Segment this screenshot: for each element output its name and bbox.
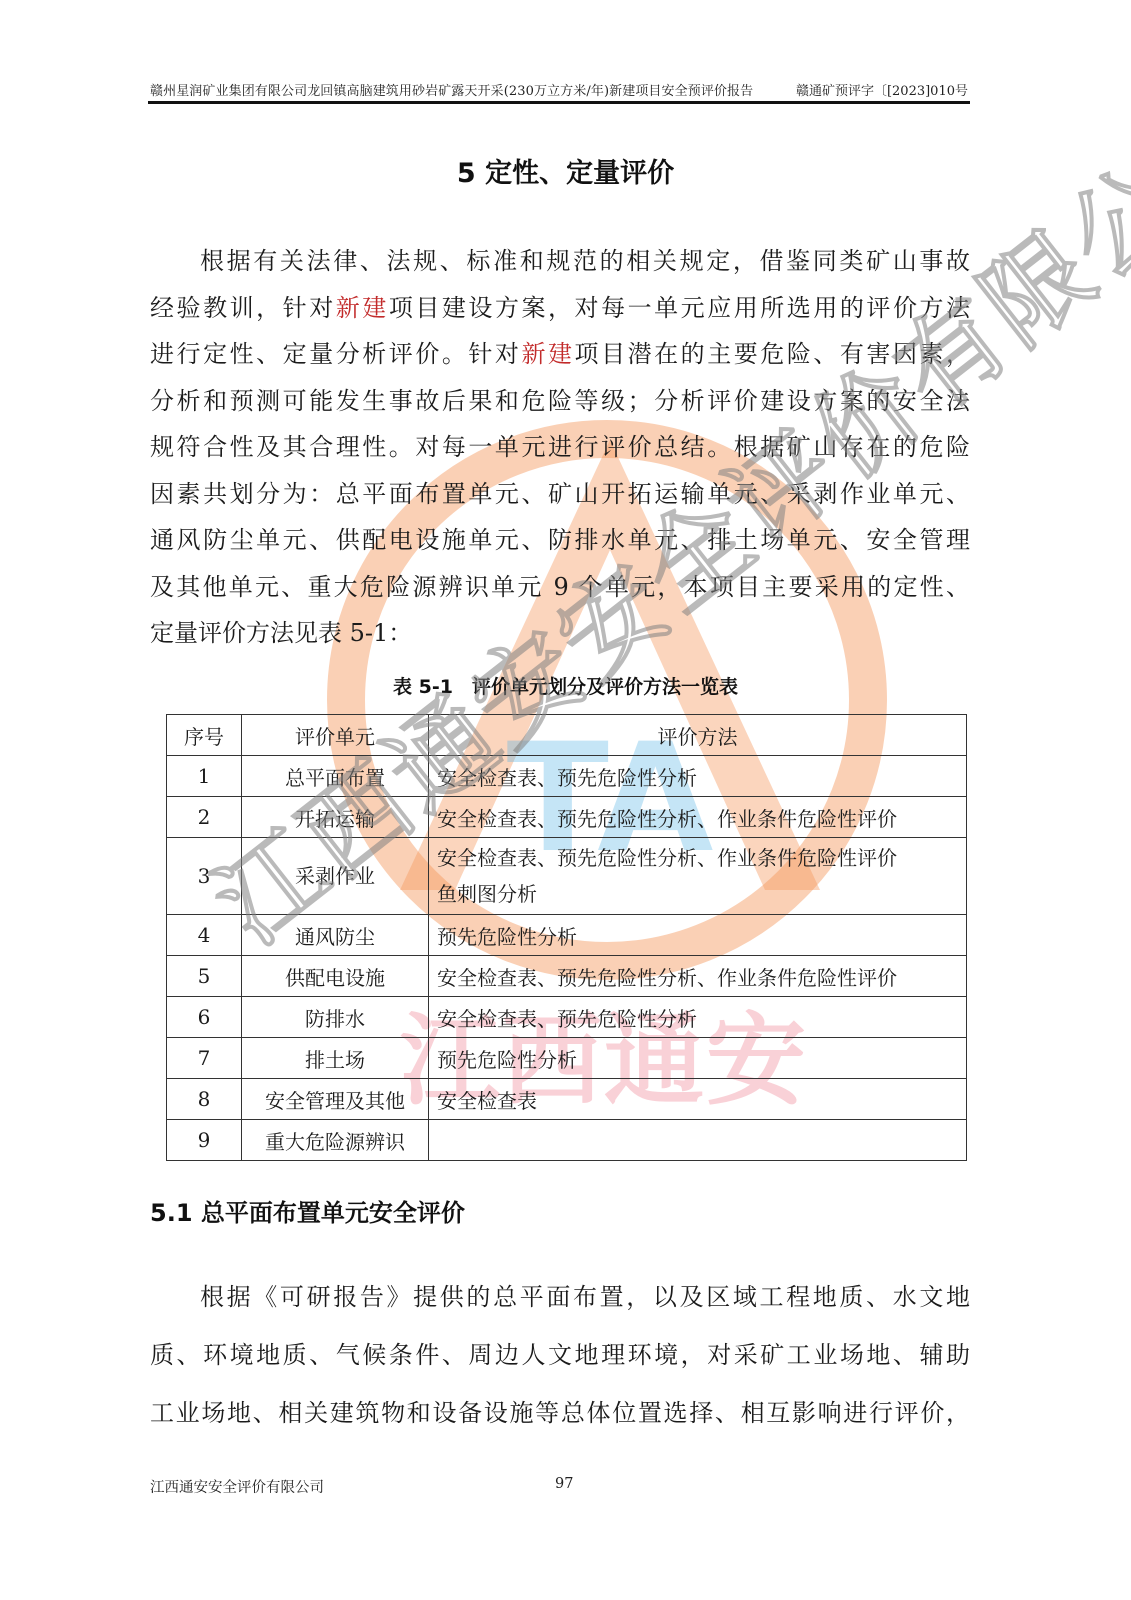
para-line: 质、环境地质、气候条件、周边人文地理环境，对采矿工业场地、辅助 [150, 1326, 970, 1384]
cell-unit: 安全管理及其他 [242, 1079, 429, 1120]
cell-method: 预先危险性分析 [429, 915, 967, 956]
table-row: 6 防排水 安全检查表、预先危险性分析 [167, 997, 967, 1038]
cell-no: 8 [167, 1079, 242, 1120]
table-row: 4 通风防尘 预先危险性分析 [167, 915, 967, 956]
para-line: 进行定性、定量分析评价。针对新建项目潜在的主要危险、有害因素， [150, 331, 970, 378]
evaluation-units-table: 序号 评价单元 评价方法 1 总平面布置 安全检查表、预先危险性分析 2 开拓运… [166, 714, 967, 1161]
cell-unit: 开拓运输 [242, 797, 429, 838]
cell-no: 9 [167, 1120, 242, 1161]
table-row: 7 排土场 预先危险性分析 [167, 1038, 967, 1079]
header-report-title: 赣州星润矿业集团有限公司龙回镇高脑建筑用砂岩矿露天开采(230万立方米/年)新建… [150, 80, 753, 99]
cell-no: 2 [167, 797, 242, 838]
header-rule [148, 101, 970, 104]
cell-method: 安全检查表、预先危险性分析、作业条件危险性评价 鱼刺图分析 [429, 838, 967, 915]
cell-no: 1 [167, 756, 242, 797]
page-number: 97 [555, 1476, 573, 1492]
method-line: 鱼刺图分析 [437, 876, 958, 912]
section-paragraph: 根据《可研报告》提供的总平面布置，以及区域工程地质、水文地 质、环境地质、气候条… [150, 1268, 970, 1442]
para-line: 规符合性及其合理性。对每一单元进行评价总结。根据矿山存在的危险 [150, 424, 970, 471]
cell-unit: 总平面布置 [242, 756, 429, 797]
chapter-title: 5 定性、定量评价 [0, 151, 1131, 190]
table-row: 3 采剥作业 安全检查表、预先危险性分析、作业条件危险性评价 鱼刺图分析 [167, 838, 967, 915]
para-line: 因素共划分为：总平面布置单元、矿山开拓运输单元、采剥作业单元、 [150, 471, 970, 518]
document-page: TA 江西通安 赣州星润矿业集团有限公司龙回镇高脑建筑用砂岩矿露天开采(230万… [0, 0, 1131, 1600]
cell-unit: 供配电设施 [242, 956, 429, 997]
cell-method [429, 1120, 967, 1161]
table-row: 5 供配电设施 安全检查表、预先危险性分析、作业条件危险性评价 [167, 956, 967, 997]
table-row: 8 安全管理及其他 安全检查表 [167, 1079, 967, 1120]
cell-method: 预先危险性分析 [429, 1038, 967, 1079]
cell-unit: 防排水 [242, 997, 429, 1038]
section-title: 5.1 总平面布置单元安全评价 [150, 1193, 465, 1228]
para-line: 及其他单元、重大危险源辨识单元 9 个单元，本项目主要采用的定性、 [150, 564, 970, 611]
method-line: 安全检查表、预先危险性分析、作业条件危险性评价 [437, 840, 958, 876]
cell-method: 安全检查表、预先危险性分析 [429, 997, 967, 1038]
table-row: 2 开拓运输 安全检查表、预先危险性分析、作业条件危险性评价 [167, 797, 967, 838]
cell-method: 安全检查表、预先危险性分析 [429, 756, 967, 797]
cell-no: 6 [167, 997, 242, 1038]
footer-company: 江西通安安全评价有限公司 [150, 1476, 324, 1497]
para-line: 根据《可研报告》提供的总平面布置，以及区域工程地质、水文地 [150, 1268, 970, 1326]
header-doc-number: 赣通矿预评字〔[2023]010号 [796, 80, 968, 99]
intro-paragraph: 根据有关法律、法规、标准和规范的相关规定，借鉴同类矿山事故 经验教训，针对新建项… [150, 238, 970, 657]
column-header: 评价单元 [242, 715, 429, 756]
cell-unit: 通风防尘 [242, 915, 429, 956]
cell-unit: 重大危险源辨识 [242, 1120, 429, 1161]
cell-no: 3 [167, 838, 242, 915]
cell-no: 4 [167, 915, 242, 956]
cell-method: 安全检查表、预先危险性分析、作业条件危险性评价 [429, 797, 967, 838]
para-line: 根据有关法律、法规、标准和规范的相关规定，借鉴同类矿山事故 [150, 238, 970, 285]
table-row: 9 重大危险源辨识 [167, 1120, 967, 1161]
para-line: 工业场地、相关建筑物和设备设施等总体位置选择、相互影响进行评价， [150, 1384, 970, 1442]
cell-method: 安全检查表 [429, 1079, 967, 1120]
table-row: 1 总平面布置 安全检查表、预先危险性分析 [167, 756, 967, 797]
para-line: 经验教训，针对新建项目建设方案，对每一单元应用所选用的评价方法 [150, 285, 970, 332]
table-header-row: 序号 评价单元 评价方法 [167, 715, 967, 756]
column-header: 评价方法 [429, 715, 967, 756]
table-caption: 表 5-1 评价单元划分及评价方法一览表 [0, 672, 1131, 699]
page-header: 赣州星润矿业集团有限公司龙回镇高脑建筑用砂岩矿露天开采(230万立方米/年)新建… [150, 78, 968, 100]
para-line: 分析和预测可能发生事故后果和危险等级；分析评价建设方案的安全法 [150, 378, 970, 425]
para-line: 通风防尘单元、供配电设施单元、防排水单元、排土场单元、安全管理 [150, 517, 970, 564]
para-line: 定量评价方法见表 5-1： [150, 610, 970, 657]
column-header: 序号 [167, 715, 242, 756]
highlight-text: 新建 [336, 294, 389, 322]
cell-no: 5 [167, 956, 242, 997]
cell-unit: 排土场 [242, 1038, 429, 1079]
cell-method: 安全检查表、预先危险性分析、作业条件危险性评价 [429, 956, 967, 997]
cell-unit: 采剥作业 [242, 838, 429, 915]
highlight-text: 新建 [521, 340, 574, 368]
cell-no: 7 [167, 1038, 242, 1079]
